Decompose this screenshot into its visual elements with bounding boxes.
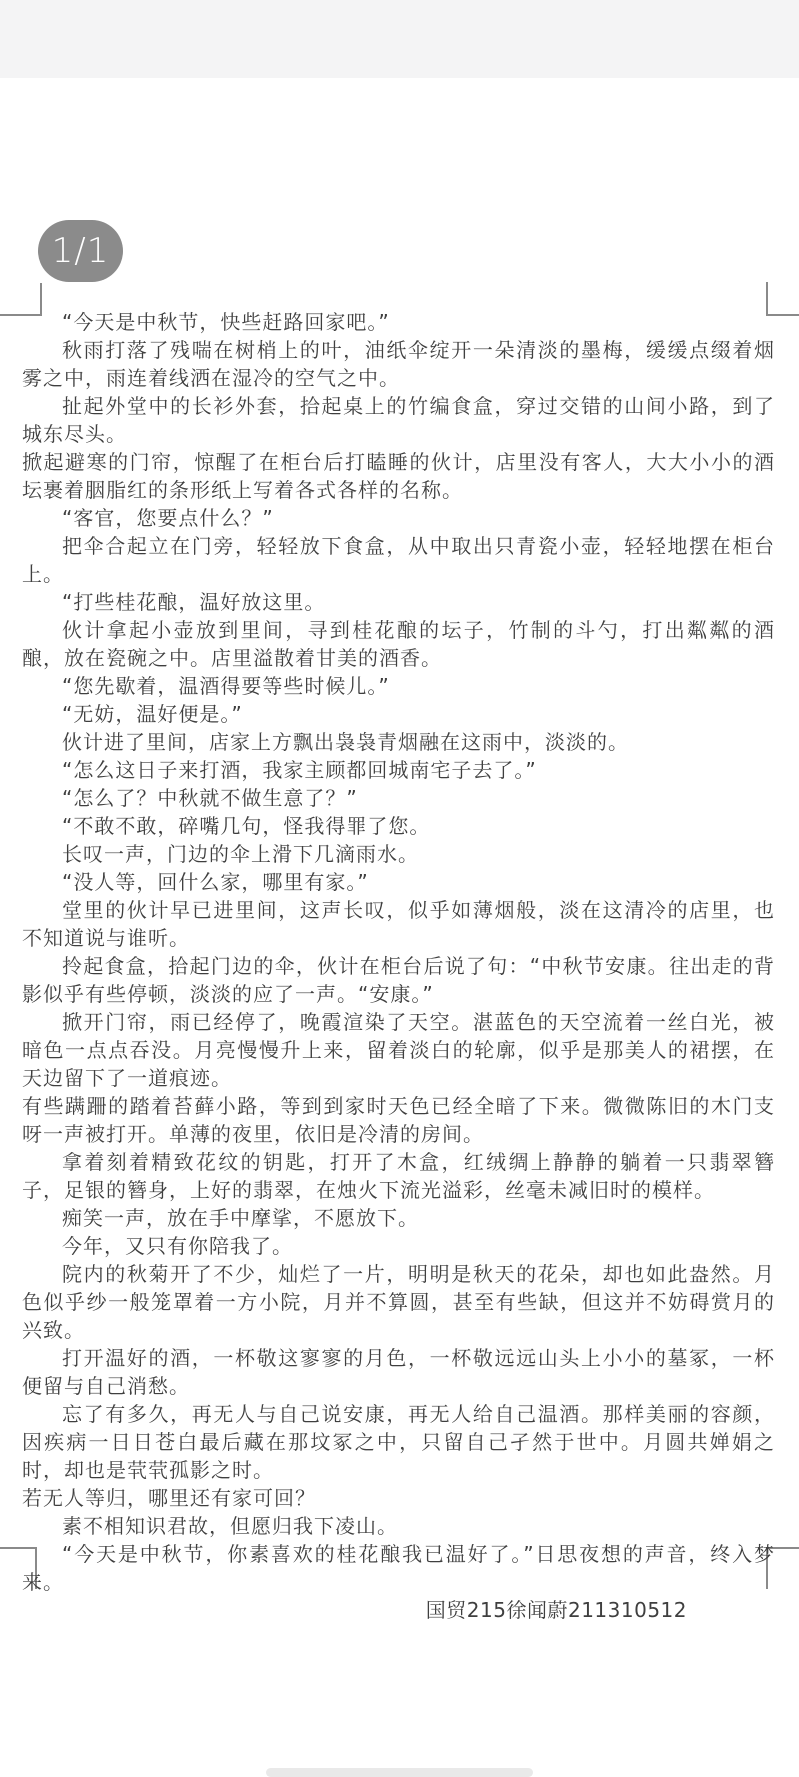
paragraph: “打些桂花酿，温好放这里。 (22, 588, 775, 616)
paragraph: 掀起避寒的门帘，惊醒了在柜台后打瞌睡的伙计，店里没有客人，大大小小的酒坛裹着胭脂… (22, 448, 775, 504)
home-indicator[interactable] (266, 1768, 533, 1777)
paragraph: 把伞合起立在门旁，轻轻放下食盒，从中取出只青瓷小壶，轻轻地摆在柜台上。 (22, 532, 775, 588)
paragraph: 打开温好的酒，一杯敬这寥寥的月色，一杯敬远远山头上小小的墓冢，一杯便留与自己消愁… (22, 1344, 775, 1400)
paragraph: 拿着刻着精致花纹的钥匙，打开了木盒，红绒绸上静静的躺着一只翡翠簪子，足银的簪身，… (22, 1148, 775, 1204)
signature: 国贸215徐闻蔚211310512 (22, 1596, 775, 1624)
paragraph: “客官，您要点什么？” (22, 504, 775, 532)
paragraph: 秋雨打落了残喘在树梢上的叶，油纸伞绽开一朵清淡的墨梅，缓缓点缀着烟雾之中，雨连着… (22, 336, 775, 392)
paragraph: “怎么了？中秋就不做生意了？” (22, 784, 775, 812)
paragraph: 掀开门帘，雨已经停了，晚霞渲染了天空。湛蓝色的天空流着一丝白光，被暗色一点点吞没… (22, 1008, 775, 1092)
paragraph: 素不相知识君故，但愿归我下凌山。 (22, 1512, 775, 1540)
paragraph: 伙计进了里间，店家上方飘出袅袅青烟融在这雨中，淡淡的。 (22, 728, 775, 756)
paragraph: “今天是中秋节，快些赶路回家吧。” (22, 308, 775, 336)
page-indicator-badge: 1/1 (38, 220, 123, 282)
paragraph: “无妨，温好便是。” (22, 700, 775, 728)
paragraph: 堂里的伙计早已进里间，这声长叹，似乎如薄烟般，淡在这清冷的店里，也不知道说与谁听… (22, 896, 775, 952)
paragraph: 扯起外堂中的长衫外套，拾起桌上的竹编食盒，穿过交错的山间小路，到了城东尽头。 (22, 392, 775, 448)
paragraph: 长叹一声，门边的伞上滑下几滴雨水。 (22, 840, 775, 868)
top-status-band (0, 0, 799, 78)
paragraph: 有些蹒跚的踏着苔藓小路，等到到家时天色已经全暗了下来。微微陈旧的木门支呀一声被打… (22, 1092, 775, 1148)
paragraph: 拎起食盒，拾起门边的伞，伙计在柜台后说了句：“中秋节安康。往出走的背影似乎有些停… (22, 952, 775, 1008)
app-screen: 1/1 “今天是中秋节，快些赶路回家吧。”秋雨打落了残喘在树梢上的叶，油纸伞绽开… (0, 0, 799, 1777)
document-body: “今天是中秋节，快些赶路回家吧。”秋雨打落了残喘在树梢上的叶，油纸伞绽开一朵清淡… (22, 308, 775, 1624)
paragraph: “怎么这日子来打酒，我家主顾都回城南宅子去了。” (22, 756, 775, 784)
paragraph: 若无人等归，哪里还有家可回？ (22, 1484, 775, 1512)
paragraph: “没人等，回什么家，哪里有家。” (22, 868, 775, 896)
paragraph: “您先歇着，温酒得要等些时候儿。” (22, 672, 775, 700)
paragraph: 院内的秋菊开了不少，灿烂了一片，明明是秋天的花朵，却也如此盎然。月色似乎纱一般笼… (22, 1260, 775, 1344)
paragraph: 忘了有多久，再无人与自己说安康，再无人给自己温酒。那样美丽的容颜，因疾病一日日苍… (22, 1400, 775, 1484)
paragraph: 伙计拿起小壶放到里间，寻到桂花酿的坛子，竹制的斗勺，打出粼粼的酒酿，放在瓷碗之中… (22, 616, 775, 672)
paragraph: 今年，又只有你陪我了。 (22, 1232, 775, 1260)
paragraph: 痴笑一声，放在手中摩挲，不愿放下。 (22, 1204, 775, 1232)
paragraph: “不敢不敢，碎嘴几句，怪我得罪了您。 (22, 812, 775, 840)
paragraph: “今天是中秋节，你素喜欢的桂花酿我已温好了。”日思夜想的声音，终入梦来。 (22, 1540, 775, 1596)
